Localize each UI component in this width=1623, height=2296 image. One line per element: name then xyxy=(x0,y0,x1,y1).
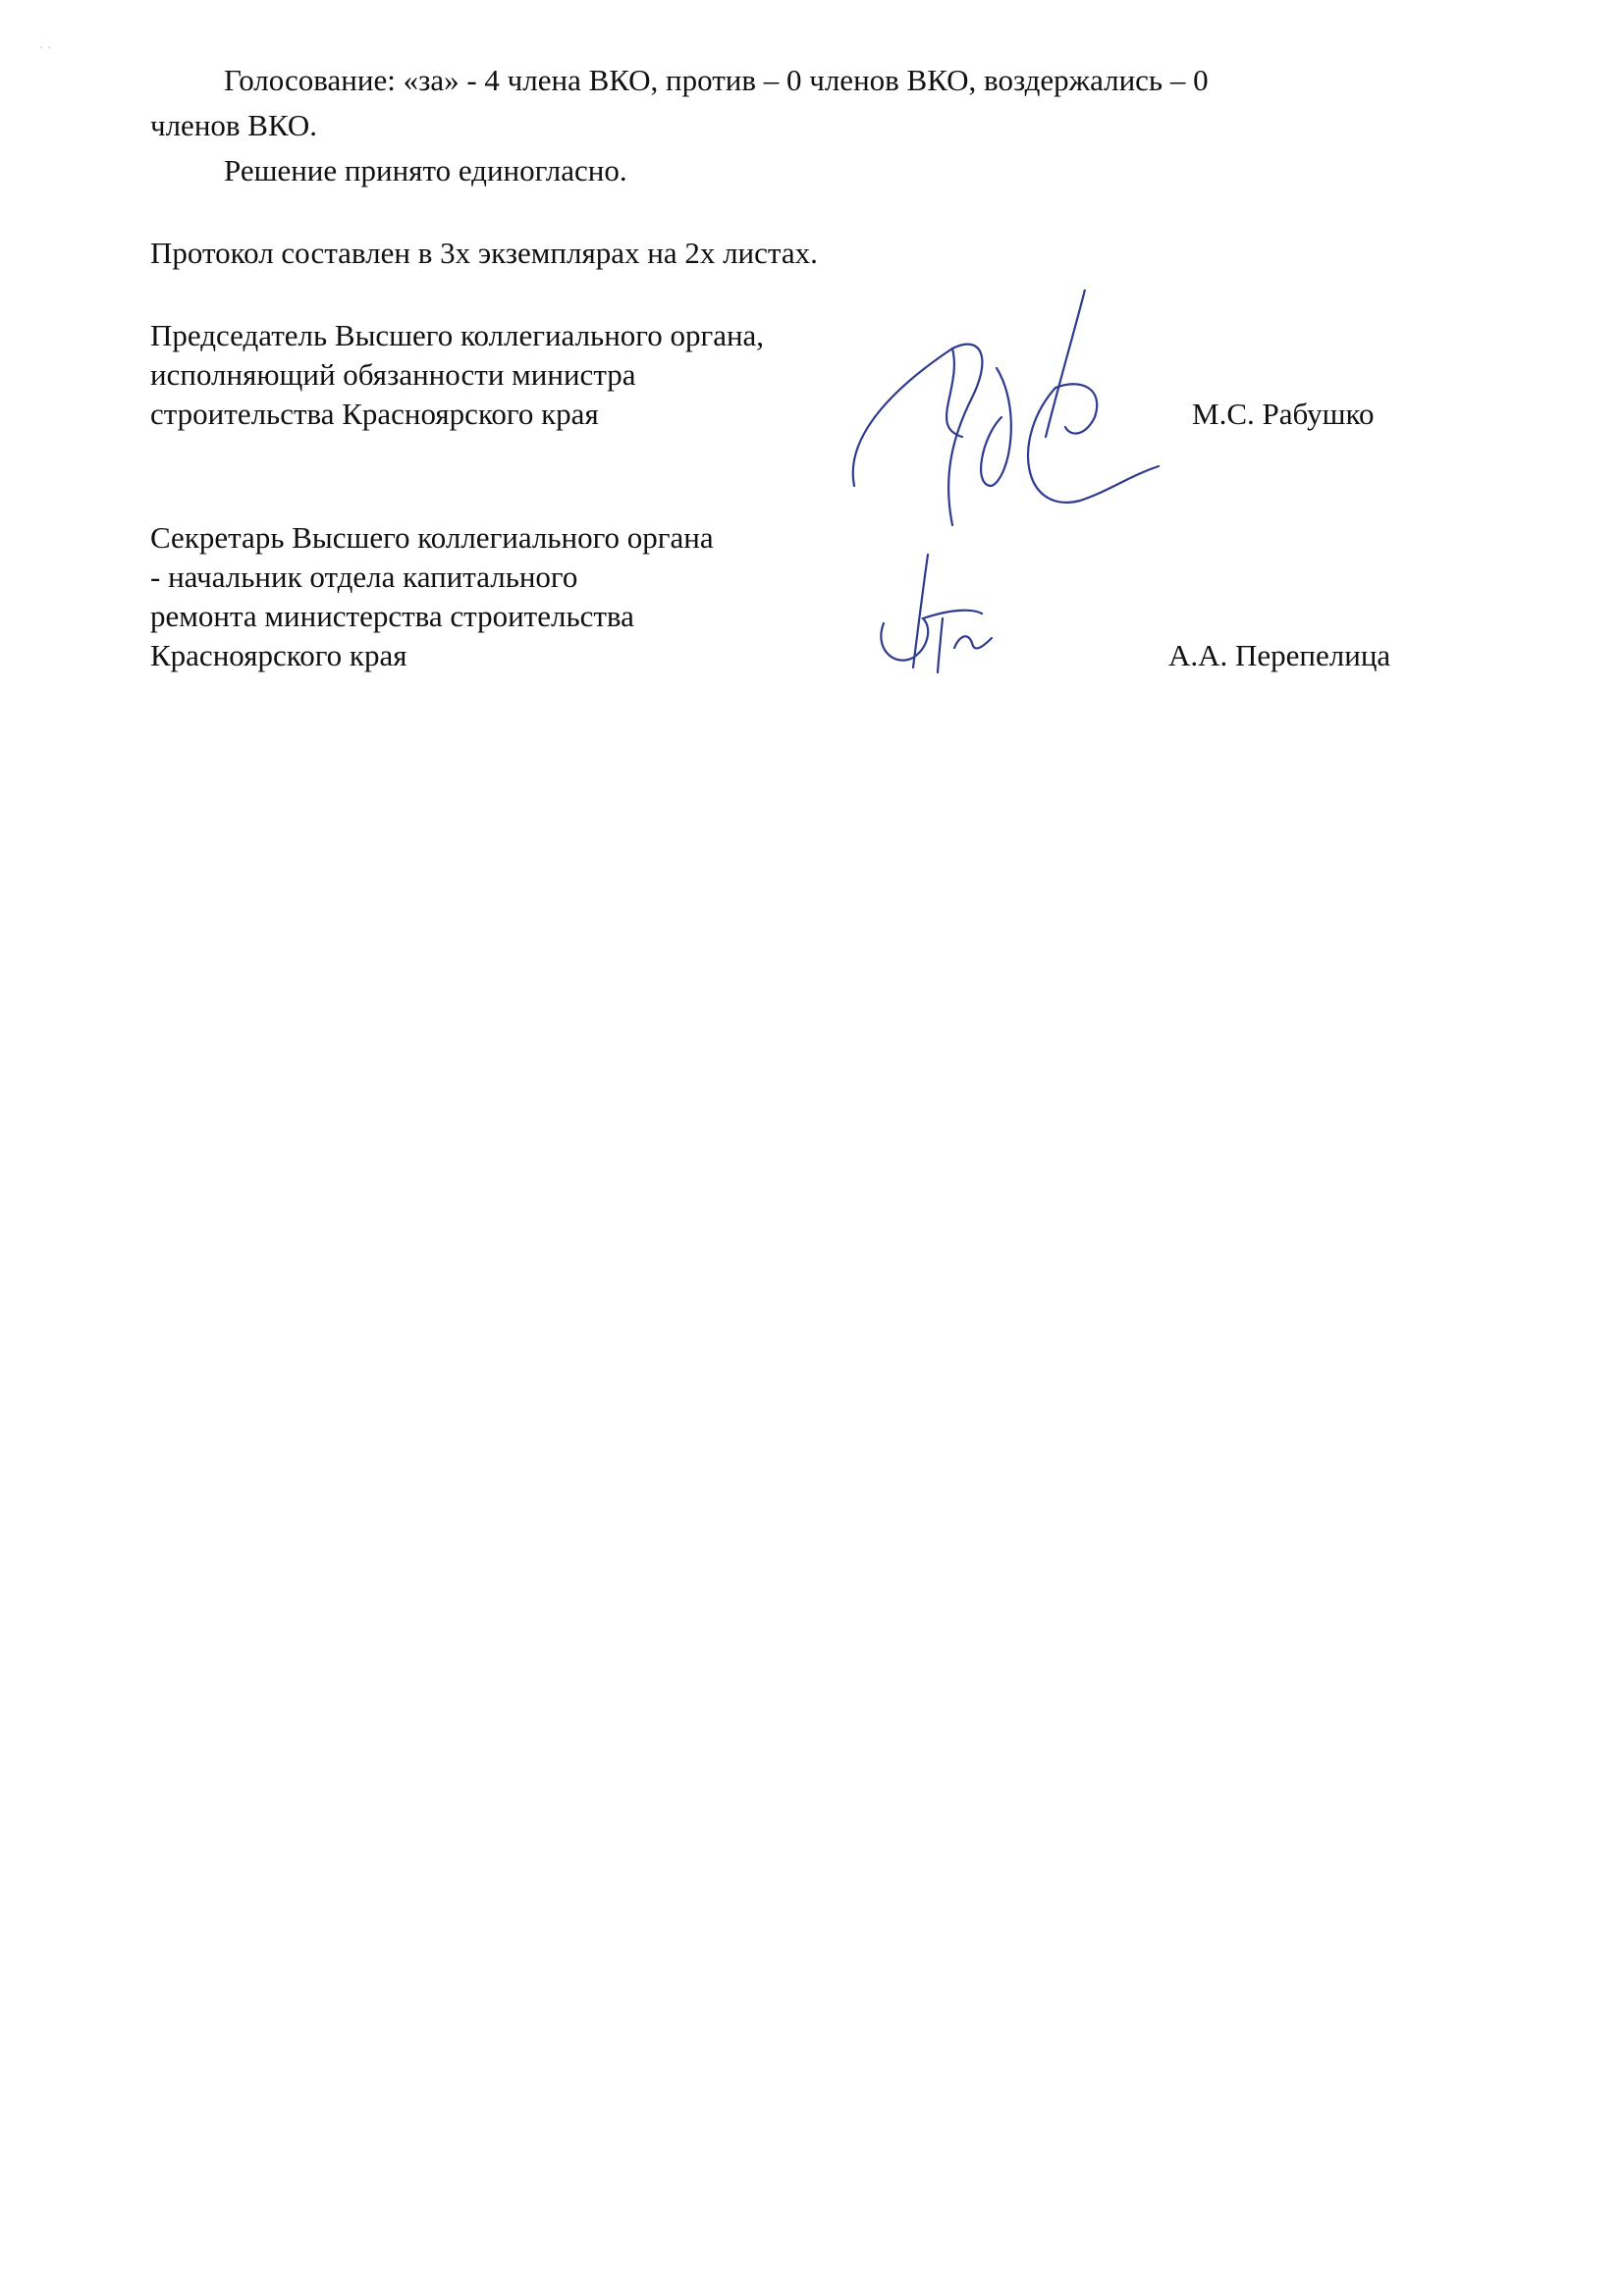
chairman-signature-icon xyxy=(835,290,1227,545)
chairman-title-2: исполняющий обязанности министра xyxy=(150,355,636,394)
voting-line-1: Голосование: «за» - 4 члена ВКО, против … xyxy=(224,61,1209,99)
secretary-signature-icon xyxy=(874,550,1031,687)
secretary-title-2: - начальник отдела капитального xyxy=(150,558,577,596)
scan-artifact: · · xyxy=(39,41,52,57)
voting-line-2: членов ВКО. xyxy=(150,106,317,144)
secretary-title-3: ремонта министерства строительства xyxy=(150,597,634,635)
protocol-note: Протокол составлен в 3х экземплярах на 2… xyxy=(150,234,818,272)
secretary-name: А.А. Перепелица xyxy=(1168,636,1390,674)
chairman-title-1: Председатель Высшего коллегиального орга… xyxy=(150,316,764,354)
secretary-title-1: Секретарь Высшего коллегиального органа xyxy=(150,518,714,557)
secretary-title-4: Красноярского края xyxy=(150,636,406,674)
decision-text: Решение принято единогласно. xyxy=(224,151,627,189)
chairman-title-3: строительства Красноярского края xyxy=(150,395,599,433)
